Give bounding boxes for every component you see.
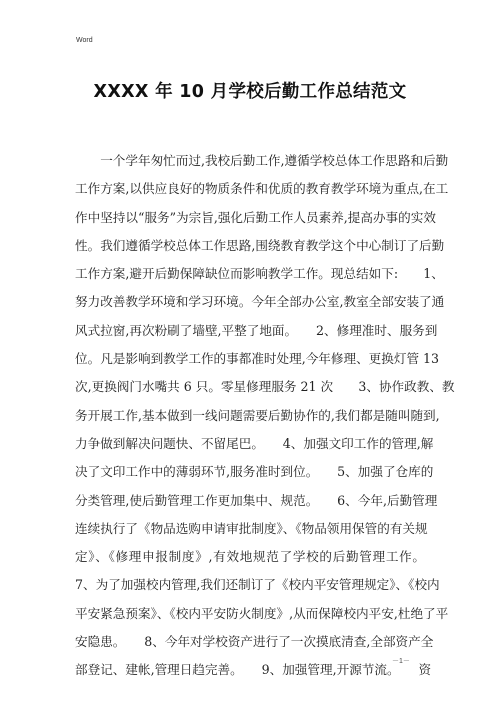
header-label: Word <box>76 37 93 44</box>
body-line: 力争做到解决问题快、不留尾巴。 4、加强文印工作的管理,解 <box>75 430 425 458</box>
body-line: 次,更换阀门水嘴共 6 只。零星修理服务 21 次 3、协作政教、教 <box>75 373 425 401</box>
body-line: 位。凡是影响到教学工作的事都准时处理,今年修理、更换灯管 13 <box>75 345 425 373</box>
body-line: 务开展工作,基本做到一线问题需要后勤协作的,我们都是随叫随到, <box>75 402 425 430</box>
document-body: 一个学年匆忙而过,我校后勤工作,遵循学校总体工作思路和后勤 工作方案,以供应良好… <box>75 147 425 685</box>
body-line: 连续执行了《物品选购申请审批制度》、《物品领用保管的有关规 <box>75 515 425 543</box>
body-line: 一个学年匆忙而过,我校后勤工作,遵循学校总体工作思路和后勤 <box>75 147 425 175</box>
body-line: 平安紧急预案》、《校内平安防火制度》,从而保障校内平安,杜绝了平 <box>75 600 425 628</box>
body-line: 分类管理,使后勤管理工作更加集中、规范。 6、今年,后勤管理 <box>75 487 425 515</box>
body-line: 部登记、建帐,管理日趋完善。 9、加强管理,开源节流。 资 <box>75 656 425 684</box>
body-line: 7、为了加强校内管理,我们还制订了《校内平安管理规定》、《校内 <box>75 571 425 599</box>
body-line: 风式拉窗,再次粉刷了墙壁,平整了地面。 2、修理准时、服务到 <box>75 317 425 345</box>
body-line: 定》、《修理申报制度》,有效地规范了学校的后勤管理工作。 <box>75 543 425 571</box>
body-line: 作中坚持以“服务”为宗旨,强化后勤工作人员素养,提高办事的实效 <box>75 204 425 232</box>
body-line: 工作方案,以供应良好的物质条件和优质的教育教学环境为重点,在工 <box>75 175 425 203</box>
body-line: 性。我们遵循学校总体工作思路,围绕教育教学这个中心制订了后勤 <box>75 232 425 260</box>
body-line: 决了文印工作中的薄弱环节,服务准时到位。 5、加强了仓库的 <box>75 458 425 486</box>
page-number: －1－ <box>392 656 410 666</box>
document-page: Word XXXX 年 10 月学校后勤工作总结范文 一个学年匆忙而过,我校后勤… <box>0 0 500 707</box>
document-title: XXXX 年 10 月学校后勤工作总结范文 <box>0 78 500 103</box>
body-line: 安隐患。 8、今年对学校资产进行了一次摸底清查,全部资产全 <box>75 628 425 656</box>
body-line: 工作方案,避开后勤保障缺位而影响教学工作。现总结如下: 1、 <box>75 260 425 288</box>
body-line: 努力改善教学环境和学习环境。今年全部办公室,教室全部安装了通 <box>75 288 425 316</box>
